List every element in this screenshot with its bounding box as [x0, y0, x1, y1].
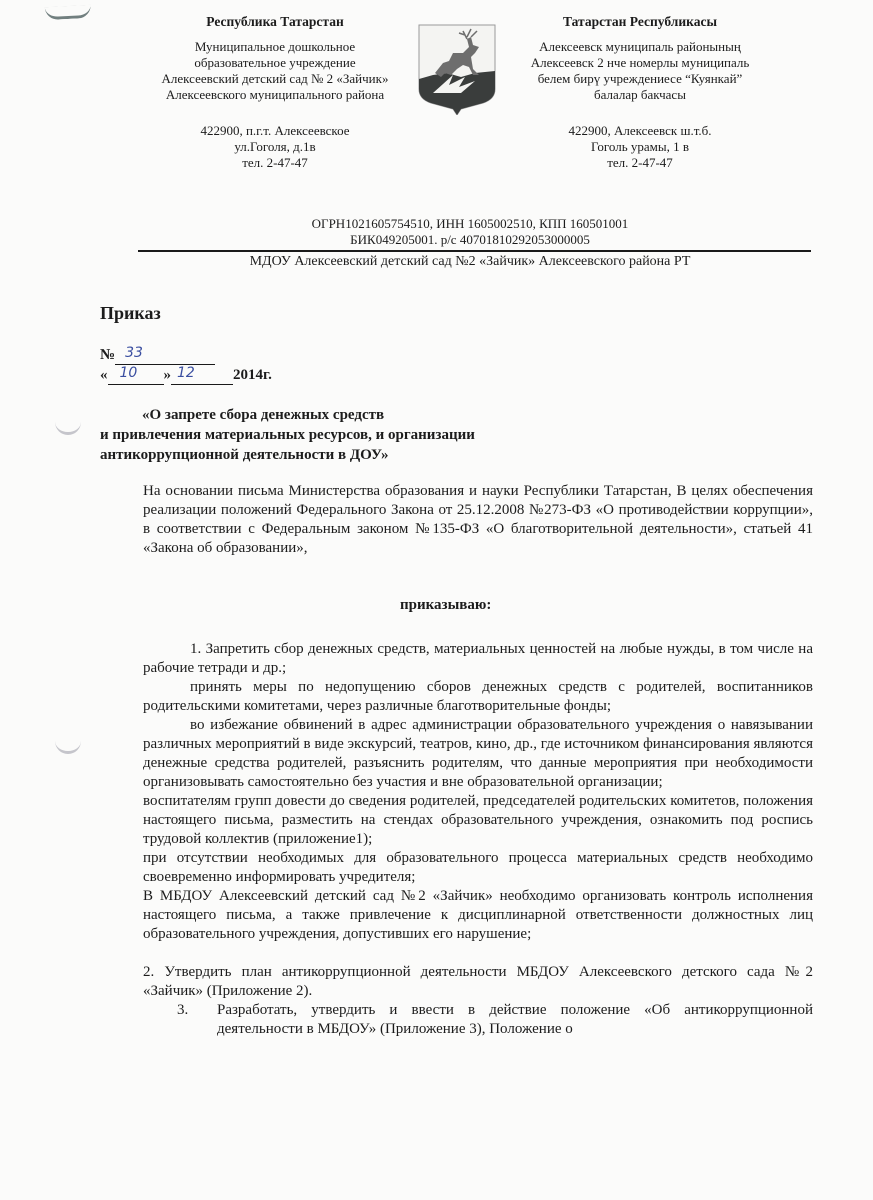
item-paragraph: Разработать, утвердить и ввести в действ…	[217, 1001, 813, 1039]
item-3: 3. Разработать, утвердить и ввести в дей…	[143, 1001, 813, 1039]
subject-line: и привлечения материальных ресурсов, и о…	[100, 425, 570, 445]
header-right-org-line: Алексеевск муниципаль районының	[490, 39, 790, 55]
subject-line: «О запрете сбора денежных средств	[100, 405, 570, 425]
item-paragraph: принять меры по недопущению сборов денеж…	[143, 678, 813, 716]
header-left-address-line: тел. 2-47-47	[130, 155, 420, 171]
day-field: 10	[108, 368, 164, 385]
coat-of-arms-icon	[413, 23, 501, 115]
punch-hole-mark	[55, 418, 81, 435]
item-number: 3.	[143, 1001, 217, 1039]
quote-close: »	[164, 367, 172, 383]
punch-hole-mark	[55, 737, 81, 754]
header-right-org-line: Алексеевск 2 нче номерлы муниципаль	[490, 55, 790, 71]
header-left-address-line: 422900, п.г.т. Алексеевское	[130, 123, 420, 139]
number-sign: №	[100, 347, 115, 363]
header-divider	[138, 250, 811, 252]
requisites-line: БИК049205001. р/с 40701810292053000005	[140, 232, 800, 248]
organization-line: МДОУ Алексеевский детский сад №2 «Зайчик…	[140, 254, 800, 270]
header-right-address-line: тел. 2-47-47	[490, 155, 790, 171]
header-right-org-line: балалар бакчасы	[490, 87, 790, 103]
item-paragraph: воспитателям групп довести до сведения р…	[143, 792, 813, 849]
item-paragraph: В МБДОУ Алексеевский детский сад №2 «Зай…	[143, 887, 813, 944]
header-left-address-line: ул.Гоголя, д.1в	[130, 139, 420, 155]
item-paragraph: во избежание обвинений в адрес администр…	[143, 716, 813, 792]
header-right-address-line: Гоголь урамы, 1 в	[490, 139, 790, 155]
header-left-org-line: Алексеевского муниципального района	[130, 87, 420, 103]
header-left-org-line: Муниципальное дошкольное	[130, 39, 420, 55]
requisites-line: ОГРН1021605754510, ИНН 1605002510, КПП 1…	[140, 216, 800, 232]
header-right-address-line: 422900, Алексеевск ш.т.б.	[490, 123, 790, 139]
pen-scribble-mark	[45, 5, 92, 20]
item-paragraph: 1. Запретить сбор денежных средств, мате…	[143, 640, 813, 678]
handwritten-order-number: 33	[125, 343, 143, 363]
decree-heading: приказываю:	[400, 597, 491, 614]
basis-paragraph: На основании письма Министерства образов…	[143, 482, 813, 558]
item-paragraph: 2. Утвердить план антикоррупционной деят…	[143, 963, 813, 1001]
month-field: 12	[171, 368, 233, 385]
header-left-block: Республика Татарстан Муниципальное дошко…	[130, 14, 420, 171]
order-subject: «О запрете сбора денежных средств и прив…	[100, 405, 570, 465]
order-items: 1. Запретить сбор денежных средств, мате…	[143, 640, 813, 1039]
header-left-title: Республика Татарстан	[130, 14, 420, 30]
order-number-date: №33 «10»122014г.	[100, 345, 272, 385]
header-left-org-line: Алексеевский детский сад № 2 «Зайчик»	[130, 71, 420, 87]
handwritten-month: 12	[177, 363, 195, 383]
header-left-org-line: образовательное учреждение	[130, 55, 420, 71]
header-right-title: Татарстан Республикасы	[490, 14, 790, 30]
subject-line: антикоррупционной деятельности в ДОУ»	[100, 445, 570, 465]
requisites-block: ОГРН1021605754510, ИНН 1605002510, КПП 1…	[140, 216, 800, 248]
order-year: 2014г.	[233, 367, 272, 383]
header-right-org-line: белем бирү учреждениесе “Куянкай”	[490, 71, 790, 87]
document-title: Приказ	[100, 303, 161, 324]
quote-open: «	[100, 367, 108, 383]
handwritten-day: 10	[120, 363, 138, 383]
item-paragraph: при отсутствии необходимых для образоват…	[143, 849, 813, 887]
header-right-block: Татарстан Республикасы Алексеевск муници…	[490, 14, 790, 171]
